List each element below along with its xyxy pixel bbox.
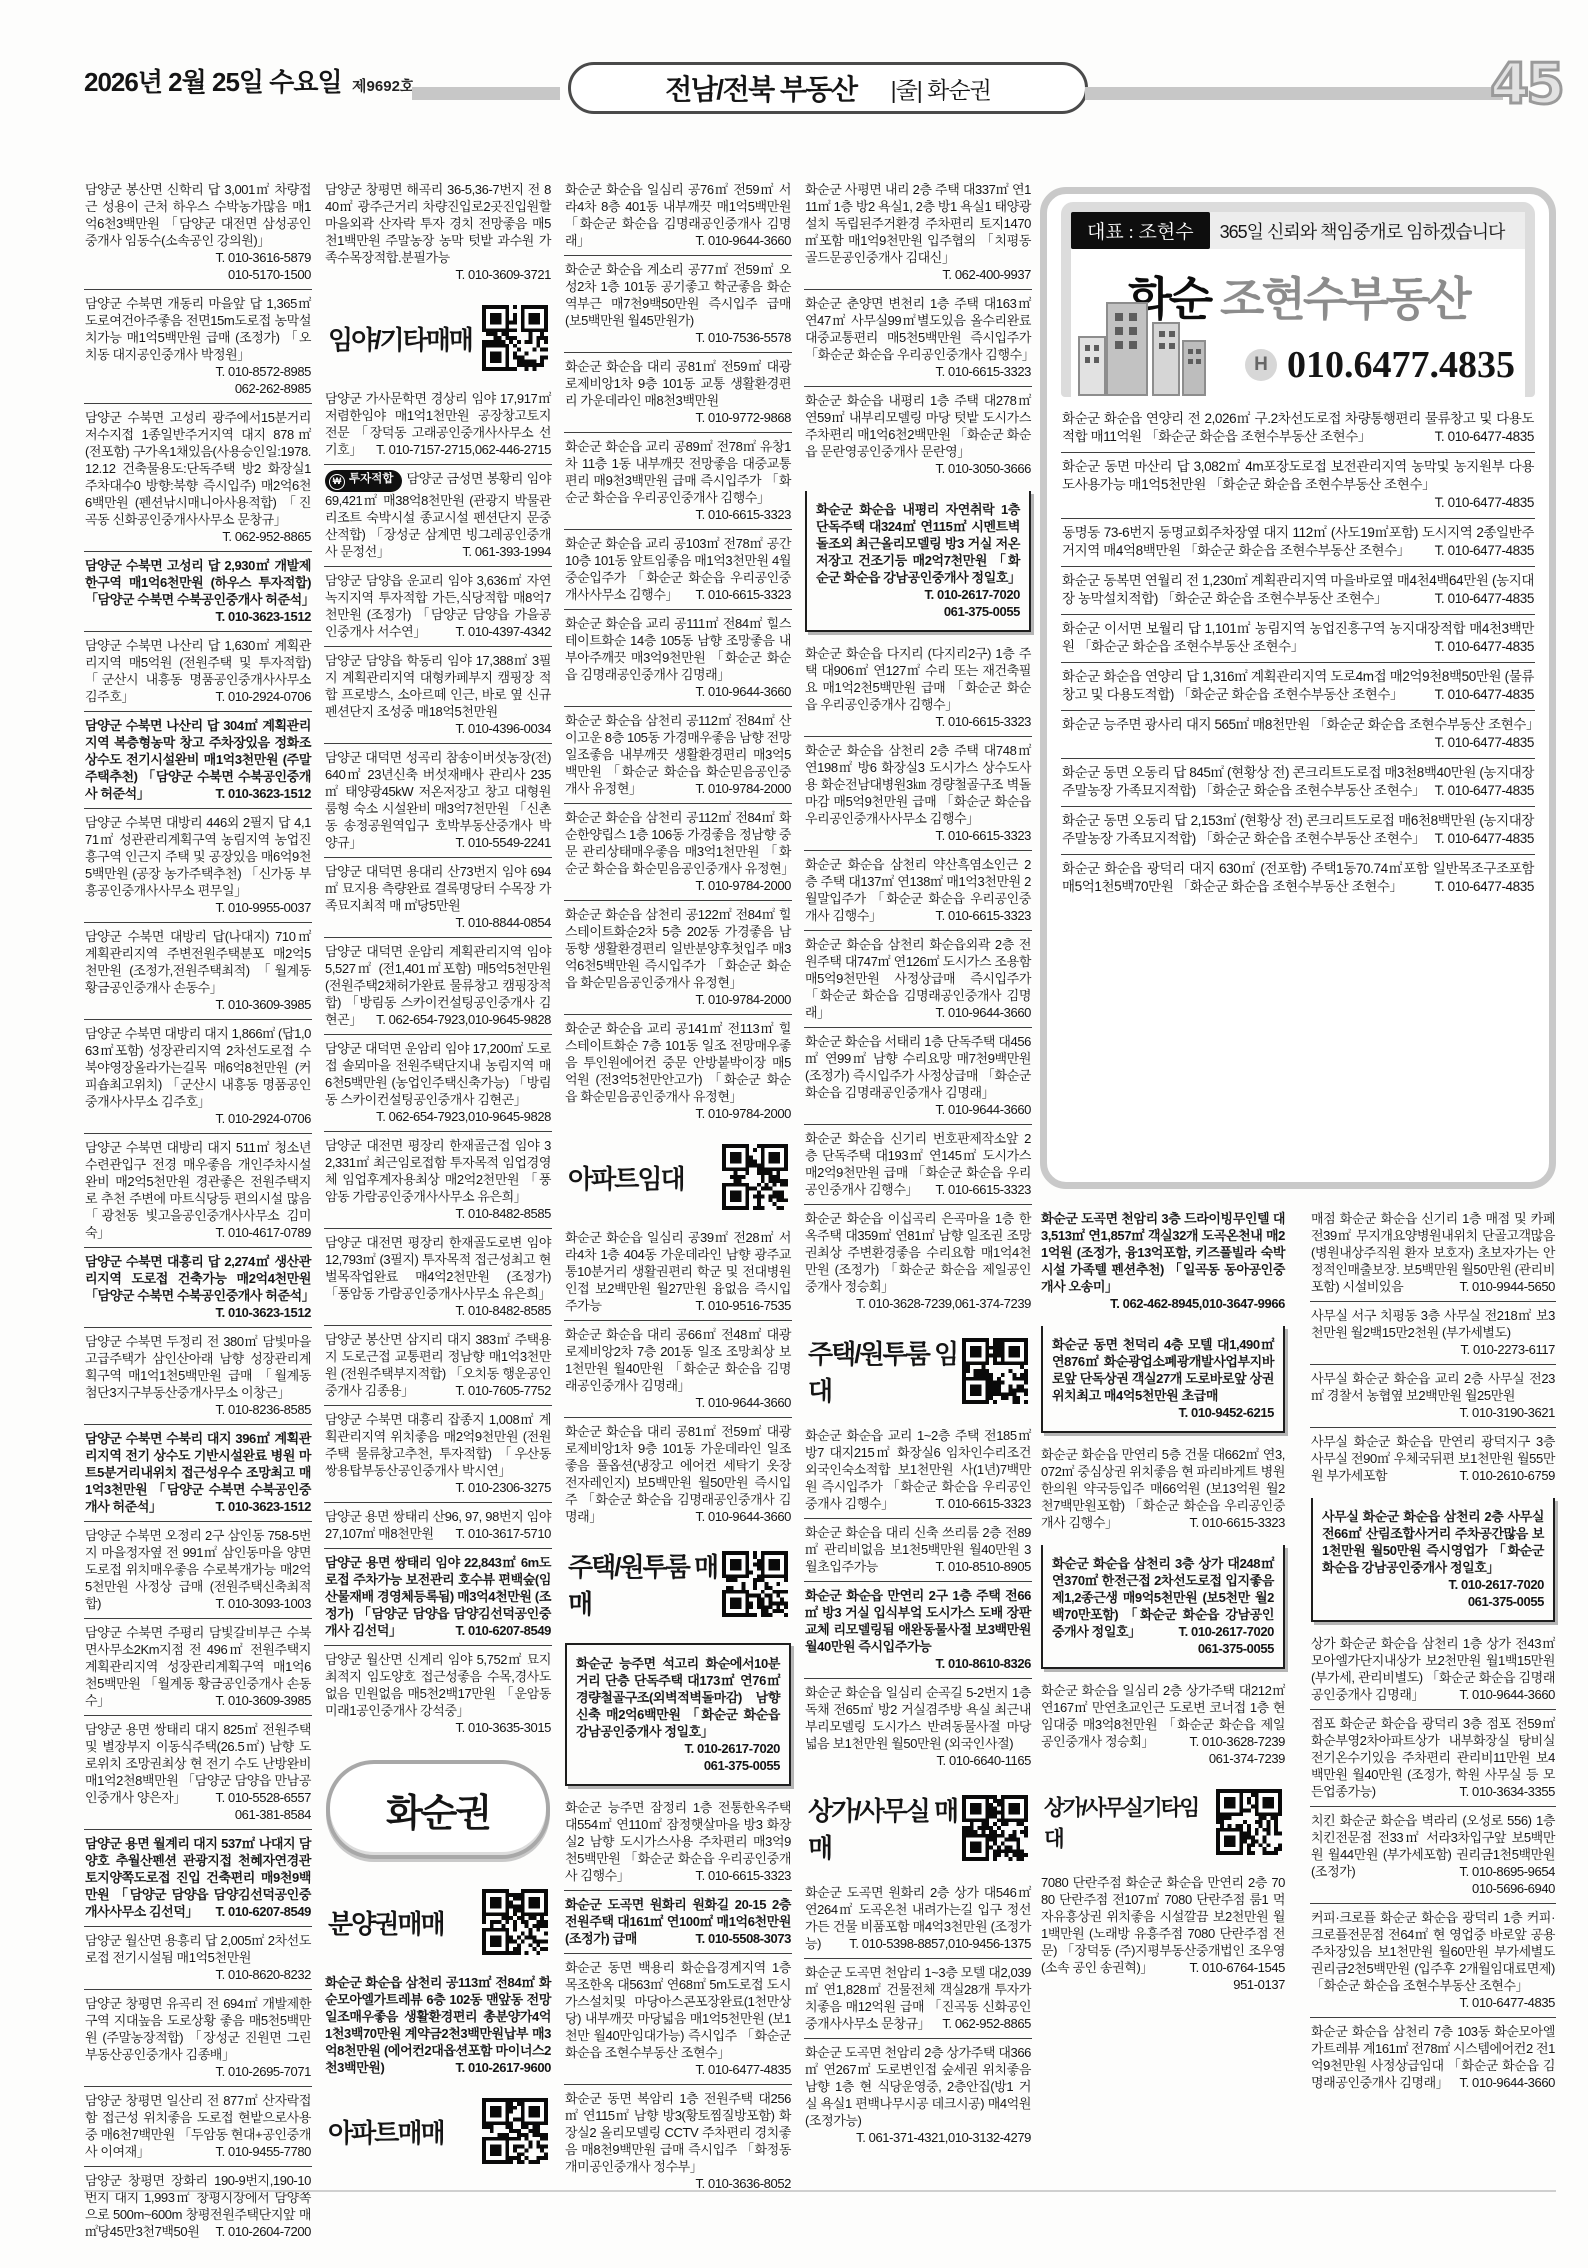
phone-number: T. 010-5528-6557 [215, 1789, 311, 1806]
listing: 화순군 화순읍 계소리 공77㎡ 전59㎡ 오성2차 1층 101동 공기좋고 … [564, 255, 792, 352]
listing: 화순군 화순읍 대리 공66㎡ 전48㎡ 대광로제비앙2차 7층 201동 일조… [564, 1320, 792, 1417]
listing-text: 화순군 화순읍 만연리 5층 건물 대662㎡ 연3,072㎡ 중심상권 위치좋… [1041, 1446, 1285, 1531]
listing-text: 화순군 도곡면 천암리 3층 드라이빙무인텔 대3,513㎡ 연1,857㎡ 객… [1041, 1210, 1285, 1295]
listing-text: 담양군 대덕면 용대리 산73번지 임야 694㎡ 묘지용 측량완료 결록명당터… [325, 863, 551, 914]
phone-number: T. 010-3616-5879 [215, 249, 311, 266]
listing: 화순군 동면 오동리 답 2,153㎡ (현황상 전) 콘크리트도로접 매6천8… [1061, 806, 1535, 854]
phone-number: T. 061-371-4321,010-3132-4279 [856, 2129, 1031, 2146]
phone-number: T. 062-400-9937 [942, 266, 1031, 283]
listing: 담양군 대덕면 용대리 산73번지 임야 694㎡ 묘지용 측량완료 결록명당터… [324, 857, 552, 937]
listing-text: 화순군 화순읍 대리 공66㎡ 전48㎡ 대광로제비앙2차 7층 201동 일조… [565, 1326, 791, 1394]
listing-body: 화순군 화순읍 대리 공81㎡ 전59㎡ 대광로제비앙1차 9층 101동 교통… [565, 359, 791, 408]
listing-text: 화순군 사평면 내리 2층 주택 대337㎡ 연111㎡ 1층 방2 욕실1, … [805, 181, 1031, 266]
phone-number: T. 010-3623-1512 [215, 785, 311, 802]
phone-number: T. 010-6477-4835 [1435, 494, 1534, 512]
listing: 화순군 화순읍 서태리 1층 단독주택 대456㎡ 연99㎡ 남향 수리요망 매… [804, 1027, 1032, 1124]
listing-body: 담양군 수북면 대방리 답(나대지) 710㎡ 계획관리지역 주변전원주택분포 … [85, 929, 311, 995]
qr-code-icon [962, 1795, 1028, 1861]
listing: 화순군 이서면 보월리 답 1,101㎡ 농림지역 농업진흥구역 농지대장적합 … [1061, 614, 1535, 662]
listing: 화순군 화순읍 삼천리 공122㎡ 전84㎡ 힐스테이트화순2차 5층 202동… [564, 900, 792, 1014]
phone-number: T. 010-8610-8326 [935, 1655, 1031, 1672]
listing: 담양군 수북면 대방리 446외 2필지 답 4,171㎡ 성관관리계획구역 농… [84, 808, 312, 922]
listing: 화순군 화순읍 교리 공103㎡ 전78㎡ 공간 10층 101동 앞트임좋음 … [564, 529, 792, 609]
phone-number: T. 010-5398-8857,010-9456-1375 [849, 1935, 1031, 1952]
listing-text: 담양군 수북면 두정리 전 380㎡ 담빛마을 고급주택가 삼인산아래 남향 성… [85, 1333, 311, 1401]
phone-number: T. 010-2604-7200 [215, 2223, 311, 2240]
phone-number: 010-5170-1500 [228, 266, 311, 283]
phone-number: T. 010-6477-4835 [695, 2061, 791, 2078]
phone-number: T. 010-6615-3323 [935, 713, 1031, 730]
issue-number: 제9692호 [352, 78, 414, 95]
phone-number: 061-375-0055 [704, 1757, 780, 1774]
listing-body: 담양군 봉산면 신학리 답 3,001㎡ 차량접근 성용이 근처 하우스 수박농… [85, 182, 311, 248]
phone-number: T. 010-9644-3660 [935, 1101, 1031, 1118]
listing-body: 화순군 동면 마산리 답 3,082㎡ 4m포장도로접 보전관리지역 농막및 농… [1062, 459, 1534, 492]
investment-badge: ₩투자적합 [325, 470, 402, 492]
listing: 7080 단란주점 화순군 화순읍 만연리 2층 7080 단란주점 전107㎡… [1040, 1869, 1286, 1999]
qr-code-icon [1216, 1789, 1282, 1855]
phone-number: T. 010-6477-4835 [1435, 542, 1534, 560]
listing: 담양군 대덕면 운암리 임야 17,200㎡ 도로접 솔뫼마을 전원주택단지내 … [324, 1034, 552, 1131]
listing: 담양군 창평면 일산리 전 877㎡ 산자락접함 접근성 위치좋음 도로접 현밭… [84, 2086, 312, 2166]
phone-number: T. 010-6615-3323 [695, 586, 791, 603]
listing-body: 화순군 사평면 내리 2층 주택 대337㎡ 연111㎡ 1층 방2 욕실1, … [805, 182, 1031, 265]
listing: 담양군 수북면 두정리 전 380㎡ 담빛마을 고급주택가 삼인산아래 남향 성… [84, 1327, 312, 1424]
phone-number: T. 010-9455-7780 [215, 2143, 311, 2160]
listing-text: 화순군 화순읍 삼천리 2층 주택 대748㎡ 연198㎡ 방6 화장실3 도시… [805, 742, 1031, 827]
listing-text: 화순군 화순읍 교리 공141㎡ 전113㎡ 힐스테이트화순 7층 101동 일… [565, 1020, 791, 1105]
listing-body: 담양군 대전면 평장리 한재골도로변 임야 12,793㎡ (3필지) 투자목적… [325, 1235, 551, 1301]
phone-number: T. 010-8482-8585 [455, 1205, 551, 1222]
phone-number: T. 010-3634-3355 [1459, 1783, 1555, 1800]
listing: 화순군 동면 마산리 답 3,082㎡ 4m포장도로접 보전관리지역 농막및 농… [1061, 452, 1535, 518]
qr-code-icon [482, 1889, 548, 1955]
listing: 담양군 용면 쌍태리 대지 825㎡ 전원주택 및 별장부지 이동식주택(26.… [84, 1715, 312, 1829]
listing-text: 화순군 동면 오동리 답 2,153㎡ (현황상 전) 콘크리트도로접 매6천8… [1062, 812, 1534, 848]
listing-text: 화순군 도곡면 원화리 2층 상가 대546㎡ 연264㎡ 도곡온천 내려가는길… [805, 1884, 1031, 1952]
phone-number: T. 010-6615-3323 [935, 907, 1031, 924]
listing: 화순군 도곡면 천암리 2층 상가주택 대366㎡ 연267㎡ 도로변인접 숲세… [804, 2038, 1032, 2152]
listing: 담양군 수북면 대흥리 잡종지 1,008㎡ 계획관리지역 위치좋음 매2억9천… [324, 1405, 552, 1502]
phone-number: T. 010-2695-7071 [215, 2063, 311, 2080]
listing: 담양군 봉산면 삼지리 대지 383㎡ 주택용지 도로근접 교통편리 정남향 매… [324, 1325, 552, 1405]
listing-text: 담양군 수북면 대방리 대지 511㎡ 청소년수련관입구 전경 매우좋음 개인주… [85, 1139, 311, 1241]
listing: 화순군 능주면 광사리 대지 565㎡ 매8천만원 「화순군 화순읍 조현수부동… [1061, 710, 1535, 758]
listing-text: 화순군 화순읍 신기리 번호판제작소앞 2층 단독주택 대193㎡ 연145㎡ … [805, 1130, 1031, 1198]
listing-text: 화순군 화순읍 일심리 공76㎡ 전59㎡ 서라4차 8층 401동 내부깨끗 … [565, 181, 791, 249]
listing-text: 화순군 화순읍 일심리 순곡길 5-2번지 1층 독채 전65㎡ 방2 거실겸주… [805, 1684, 1031, 1752]
phone-number: T. 010-6615-3323 [935, 363, 1031, 380]
listing-text: 화순군 화순읍 삼천리 공112㎡ 전84㎡ 산이고운 8층 105동 가경매우… [565, 712, 791, 797]
listing: 화순군 화순읍 대리 신축 쓰리룸 2층 전89㎡ 관리비없음 보1천5백만원 … [804, 1518, 1032, 1581]
listing: 담양군 용면 쌍태리 임야 22,843㎡ 6m도로접 주차가능 보전관리 호수… [324, 1548, 552, 1645]
section-header-house-oneroom-rent: 주택/원투룸 임대 [804, 1318, 1032, 1422]
phone-number: T. 010-2617-9600 [455, 2059, 551, 2076]
listing: 담양군 대덕면 운암리 계획관리지역 임야 5,527㎡ (전1,401㎡포함)… [324, 937, 552, 1034]
listing: 담양군 수북면 대방리 대지 1,866㎡ (답1,063㎡포함) 성장관리지역… [84, 1019, 312, 1133]
column-3: 화순군 화순읍 일심리 공76㎡ 전59㎡ 서라4차 8층 401동 내부깨끗 … [564, 176, 792, 2198]
listing: 화순군 화순읍 삼천리 약산흑염소인근 2층 주택 대137㎡ 연138㎡ 매1… [804, 850, 1032, 930]
phone-number: T. 010-2924-0706 [215, 1110, 311, 1127]
listing-text: 화순군 화순읍 만연리 2구 1층 주택 전66㎡ 방3 거실 입식부엌 도시가… [805, 1587, 1031, 1655]
listing: 화순군 화순읍 삼천리 화순읍외곽 2층 전원주택 대747㎡ 연126㎡ 도시… [804, 930, 1032, 1027]
listing-body: 화순군 화순읍 삼천리 2층 주택 대748㎡ 연198㎡ 방6 화장실3 도시… [805, 743, 1031, 826]
phone-number: T. 062-654-7923,010-9645-9828 [376, 1108, 551, 1125]
listing-text: 화순군 능주면 석고리 화순에서10분거리 단층 단독주택 대173㎡ 연76㎡… [576, 1655, 780, 1740]
phone-number: T. 010-6615-3323 [935, 827, 1031, 844]
listing-body: 화순군 화순읍 교리 공89㎡ 전78㎡ 유창1차 11층 1동 내부깨끗 전망… [565, 439, 791, 505]
listing: 담양군 수북면 수북리 대지 396㎡ 계획관리지역 전기 상수도 기반시설완료… [84, 1424, 312, 1521]
listing-text: 화순군 도곡면 천암리 2층 상가주택 대366㎡ 연267㎡ 도로변인접 숲세… [805, 2044, 1031, 2129]
phone-number: 061-381-8584 [235, 1806, 311, 1823]
phone-number: T. 010-6640-1165 [936, 1752, 1031, 1769]
listing: 담양군 대전면 평장리 한재골근접 임야 32,331㎡ 최근임로접함 투자목적… [324, 1131, 552, 1228]
listing: 치킨 화순군 화순읍 벽라리 (오성로 556) 1층 치킨전문점 전33㎡ 서… [1310, 1806, 1556, 1903]
phone-number: T. 010-9772-9868 [695, 409, 791, 426]
listing-body: 화순군 능주면 광사리 대지 565㎡ 매8천만원 「화순군 화순읍 조현수부동… [1062, 717, 1535, 732]
phone-number: T. 010-3609-3721 [455, 266, 551, 283]
listing: 화순군 화순읍 교리 공141㎡ 전113㎡ 힐스테이트화순 7층 101동 일… [564, 1014, 792, 1128]
listing-body: 담양군 수북면 고성리 답 2,930㎡ 개발제한구역 매1억6천만원 (하우스… [85, 558, 312, 607]
listing: 담양군 월산면 신계리 임야 5,752㎡ 묘지최적지 임도양호 접근성좋음 수… [324, 1645, 552, 1742]
listing-text: 화순군 화순읍 연양리 답 1,316㎡ 계획관리지역 도로4m접 매2억9천8… [1062, 668, 1534, 704]
listing-body: 화순군 화순읍 서태리 1층 단독주택 대456㎡ 연99㎡ 남향 수리요망 매… [805, 1034, 1031, 1100]
phone-number: T. 010-3623-1512 [215, 608, 311, 625]
listing: 화순군 도곡면 천암리 1~3층 모텔 대2,039㎡ 연1,828㎡ 건물전체… [804, 1958, 1032, 2038]
issue-date: 2026년 2월 25일 수요일 [84, 67, 342, 97]
listing-text: 화순군 화순읍 삼천리 화순읍외곽 2층 전원주택 대747㎡ 연126㎡ 도시… [805, 936, 1031, 1021]
listing: 사무실 화순군 화순읍 삼천리 2층 사무실 전66㎡ 산림조합사거리 주차공간… [1311, 1498, 1555, 1622]
phone-number: T. 010-8510-8905 [935, 1558, 1031, 1575]
listing-text: 담양군 월산면 신계리 임야 5,752㎡ 묘지최적지 임도양호 접근성좋음 수… [325, 1651, 551, 1719]
listing-text: 커피·크로플 화순군 화순읍 광덕리 1층 커피·크로플전문점 전64㎡ 현 영… [1311, 1909, 1555, 1994]
phone-number: T. 010-6615-3323 [695, 506, 791, 523]
phone-number: T. 010-9944-5650 [1459, 1278, 1555, 1295]
phone-number: T. 010-6477-4835 [1435, 590, 1534, 608]
phone-number: 062-262-8985 [235, 380, 311, 397]
phone-number: T. 010-2306-3275 [455, 1479, 551, 1496]
listing: 사무실 화순군 화순읍 만연리 광덕지구 3층 사무실 전90㎡ 우체국뒤편 보… [1310, 1427, 1556, 1490]
listing: 동명동 73-6번지 동명교회주차장옆 대지 112㎡ (사도19㎡포함) 도시… [1061, 518, 1535, 566]
listing-body: 화순군 화순읍 삼천리 공112㎡ 전84㎡ 화순한양립스 1층 106동 가경… [565, 810, 792, 876]
listing-body: 화순군 화순읍 내평리 1층 주택 대278㎡ 연59㎡ 내부리모델링 마당 텃… [805, 393, 1031, 459]
phone-number: T. 010-9644-3660 [695, 1508, 791, 1525]
section-label: 아파트매매 [328, 2113, 444, 2150]
section-label: 주택/원투룸 임대 [808, 1334, 962, 1408]
listing-body: 화순군 동면 백용리 화순읍경계지역 1층 목조한옥 대563㎡ 연68㎡ 5m… [565, 1960, 791, 2060]
listing-text: 담양군 창평면 유곡리 전 694㎡ 개발제한구역 지대높음 도로상황 좋음 매… [85, 1995, 311, 2063]
phone-number: T. 010-8695-9654 [1459, 1863, 1555, 1880]
phone-number: T. 010-9644-3660 [695, 232, 791, 249]
listing-text: 화순군 화순읍 대리 공81㎡ 전59㎡ 대광로제비앙1차 9층 101동 가운… [565, 1423, 791, 1525]
listing-text: 화순군 동면 백용리 화순읍경계지역 1층 목조한옥 대563㎡ 연68㎡ 5m… [565, 1959, 791, 2061]
listing: 매점 화순군 화순읍 신기리 1층 매점 및 카페 전39㎡ 무지개요양병원내위… [1310, 1205, 1556, 1301]
listing-text: 화순군 동면 오동리 답 845㎡ (현황상 전) 콘크리트도로접 매3천8백4… [1062, 764, 1534, 800]
phone-number: T. 010-3628-7239 [1189, 1733, 1285, 1750]
section-header-presale-rights-sale: 분양권매매 [324, 1873, 552, 1969]
phone-number: T. 010-9516-7535 [695, 1297, 791, 1314]
listing: 사무실 서구 치평동 3층 사무실 전218㎡ 보3천만원 월2백15만2천원 … [1310, 1301, 1556, 1364]
listing-text: 화순군 동면 천덕리 4층 모텔 대1,490㎡ 연876㎡ 화순광업소폐광개발… [1052, 1336, 1274, 1404]
listing: 점포 화순군 화순읍 광덕리 3층 점포 전59㎡ 화순부영2차아파트상가 내부… [1310, 1709, 1556, 1806]
listing: 담양군 창평면 유곡리 전 694㎡ 개발제한구역 지대높음 도로상황 좋음 매… [84, 1989, 312, 2086]
listing-text: 화순군 화순읍 교리 공103㎡ 전78㎡ 공간 10층 101동 앞트임좋음 … [565, 535, 791, 603]
listing: 화순군 능주면 잠정리 1층 전통한옥주택 대554㎡ 연110㎡ 잠정햇살마을… [564, 1794, 792, 1890]
listing: 담양군 수북면 나산리 답 1,630㎡ 계획관리지역 매5억원 (전원주택 및… [84, 631, 312, 711]
listing-text: 담양군 대덕면 운암리 임야 17,200㎡ 도로접 솔뫼마을 전원주택단지내 … [325, 1040, 551, 1108]
phone-number: T. 010-9452-6215 [1178, 1404, 1274, 1421]
listing-text: 담양군 수북면 고성리 답 2,930㎡ 개발제한구역 매1억6천만원 (하우스… [85, 557, 311, 608]
listing-text: 화순군 화순읍 다지리 (다지리2구) 1층 주택 대906㎡ 연127㎡ 수리… [805, 645, 1031, 713]
listing: 담양군 담양읍 학동리 임야 17,388㎡ 3필지 계획관리지역 대형카페부지… [324, 646, 552, 743]
listing: 화순군 화순읍 교리 공111㎡ 전84㎡ 힐스테이트화순 14층 105동 남… [564, 609, 792, 706]
listing-text: 화순군 동면 마산리 답 3,082㎡ 4m포장도로접 보전관리지역 농막및 농… [1062, 458, 1534, 494]
listing-text: 담양군 수북면 개동리 마을앞 답 1,365㎡ 도로여건아주좋음 전면15m도… [85, 295, 311, 363]
listing-text: 담양군 수북면 주평리 담빛갈비부근 수북면사무소2Km지점 전 496㎡ 전원… [85, 1624, 311, 1709]
listing-body: 화순군 화순읍 만연리 2구 1층 주택 전66㎡ 방3 거실 입식부엌 도시가… [805, 1588, 1031, 1654]
phone-number: 061-375-0055 [944, 603, 1020, 620]
listing: 화순군 화순읍 이십곡리 은곡마을 1층 한옥주택 대359㎡ 연81㎡ 남향 … [804, 1204, 1032, 1318]
listing: 담양군 대덕면 성곡리 참송이버섯농장(전) 640㎡ 23년신축 버섯재배사 … [324, 743, 552, 857]
listing-text: 담양군 용면 쌍태리 대지 825㎡ 전원주택 및 별장부지 이동식주택(26.… [85, 1721, 311, 1806]
phone-number: T. 062-462-8945,010-3647-9966 [1110, 1295, 1285, 1312]
listing-body: 화순군 동면 천덕리 4층 모텔 대1,490㎡ 연876㎡ 화순광업소폐광개발… [1052, 1337, 1274, 1403]
listing-text: 사무실 화순군 화순읍 교리 2층 사무실 전23㎡ 경찰서 농협옆 보2백만원… [1311, 1370, 1555, 1404]
phone-number: 010-5696-6940 [1472, 1880, 1555, 1897]
listing-text: 담양군 봉산면 신학리 답 3,001㎡ 차량접근 성용이 근처 하우스 수박농… [85, 181, 311, 249]
listing-text: 화순군 화순읍 삼천리 3층 상가 대248㎡ 연370㎡ 한전근접 2차선도로… [1052, 1555, 1274, 1640]
listing-text: 7080 단란주점 화순군 화순읍 만연리 2층 7080 단란주점 전107㎡… [1041, 1874, 1285, 1976]
listing: 화순군 화순읍 신기리 번호판제작소앞 2층 단독주택 대193㎡ 연145㎡ … [804, 1124, 1032, 1204]
listing-body: 담양군 수북면 대흥리 답 2,274㎡ 생산관리지역 도로접 건축가능 매2억… [85, 1254, 312, 1303]
listing-body: 화순군 화순읍 교리 공111㎡ 전84㎡ 힐스테이트화순 14층 105동 남… [565, 616, 791, 682]
listing-body: 담양군 수북면 대방리 대지 1,866㎡ (답1,063㎡포함) 성장관리지역… [85, 1026, 311, 1109]
listing-text: 화순군 화순읍 삼천리 공112㎡ 전84㎡ 화순한양립스 1층 106동 가경… [565, 809, 791, 877]
agency-slogan: 365일 신뢰와 책임중개로 임하겠습니다 [1210, 212, 1525, 249]
listing-text: 담양군 수북면 나산리 답 1,630㎡ 계획관리지역 매5억원 (전원주택 및… [85, 637, 311, 705]
listing: 화순군 화순읍 교리 공89㎡ 전78㎡ 유창1차 11층 1동 내부깨끗 전망… [564, 432, 792, 529]
masthead: 2026년 2월 25일 수요일 제9692호 전남/전북 부동산 |줄| 화순… [0, 0, 1588, 130]
listing-body: 사무실 서구 치평동 3층 사무실 전218㎡ 보3천만원 월2백15만2천원 … [1311, 1308, 1555, 1340]
listing: 담양군 수북면 개동리 마을앞 답 1,365㎡ 도로여건아주좋음 전면15m도… [84, 289, 312, 403]
listing: 담양군 수북면 주평리 담빛갈비부근 수북면사무소2Km지점 전 496㎡ 전원… [84, 1618, 312, 1715]
listing: 담양군 수북면 대방리 답(나대지) 710㎡ 계획관리지역 주변전원주택분포 … [84, 922, 312, 1019]
listing: 담양군 용면 쌍태리 산96, 97, 98번지 임야 27,107㎡ 매8천만… [324, 1502, 552, 1548]
listing-text: 화순군 화순읍 교리 공89㎡ 전78㎡ 유창1차 11층 1동 내부깨끗 전망… [565, 438, 791, 506]
listing-body: 화순군 화순읍 대리 공66㎡ 전48㎡ 대광로제비앙2차 7층 201동 일조… [565, 1327, 791, 1393]
listing-text: 담양군 용면 쌍태리 임야 22,843㎡ 6m도로접 주차가능 보전관리 호수… [325, 1554, 551, 1639]
phone-number: T. 010-6477-4835 [1435, 734, 1534, 752]
agency-rep-label: 대표 : 조현수 [1071, 212, 1210, 249]
listing: 화순군 도곡면 원화리 2층 상가 대546㎡ 연264㎡ 도곡온천 내려가는길… [804, 1879, 1032, 1958]
listing: 화순군 화순읍 다지리 (다지리2구) 1층 주택 대906㎡ 연127㎡ 수리… [804, 640, 1032, 736]
section-header-apartment-rent: 아파트임대 [564, 1128, 792, 1224]
listing: 화순군 화순읍 삼천리 2층 주택 대748㎡ 연198㎡ 방6 화장실3 도시… [804, 736, 1032, 850]
phone-number: T. 010-4617-0789 [215, 1224, 311, 1241]
listing-text: 담양군 수북면 대흥리 잡종지 1,008㎡ 계획관리지역 위치좋음 매2억9천… [325, 1411, 551, 1479]
listing-text: 담양군 수북면 나산리 답 304㎡ 계획관리지역 복층형농막 창고 주차장있음… [85, 717, 311, 802]
phone-number: T. 010-3609-3985 [215, 996, 311, 1013]
listing-text: 화순군 화순읍 교리 1~2층 주택 전185㎡ 방7 대지215㎡ 화장실6 … [805, 1427, 1031, 1512]
phone-number: T. 010-3609-3985 [215, 1692, 311, 1709]
listing-body: 담양군 담양읍 학동리 임야 17,388㎡ 3필지 계획관리지역 대형카페부지… [325, 653, 551, 719]
listing: 화순군 도곡면 원화리 원화길 20-15 2층 전원주택 대161㎡ 연100… [564, 1890, 792, 1953]
listing-text: 담양군 창평면 일산리 전 877㎡ 산자락접함 접근성 위치좋음 도로접 현밭… [85, 2092, 311, 2160]
phone-number: T. 010-8482-8585 [455, 1302, 551, 1319]
listing-text: 화순군 도곡면 천암리 1~3층 모텔 대2,039㎡ 연1,828㎡ 건물전체… [805, 1964, 1031, 2032]
listing-text: 사무실 화순군 화순읍 만연리 광덕지구 3층 사무실 전90㎡ 우체국뒤편 보… [1311, 1433, 1555, 1484]
listing: 커피·크로플 화순군 화순읍 광덕리 1층 커피·크로플전문점 전64㎡ 현 영… [1310, 1903, 1556, 2017]
listing: 화순군 화순읍 삼천리 공112㎡ 전84㎡ 산이고운 8층 105동 가경매우… [564, 706, 792, 803]
listing-text: 화순군 화순읍 삼천리 공122㎡ 전84㎡ 힐스테이트화순2차 5층 202동… [565, 906, 791, 991]
listing: 화순군 사평면 내리 2층 주택 대337㎡ 연111㎡ 1층 방2 욕실1, … [804, 176, 1032, 289]
phone-number: T. 010-4396-0034 [455, 720, 551, 737]
phone-number: T. 010-6477-4835 [1435, 428, 1534, 446]
phone-number: T. 010-9644-3660 [935, 1004, 1031, 1021]
listing: 화순군 동면 복암리 1층 전원주택 대256㎡ 연115㎡ 남향 방3(황토찜… [564, 2084, 792, 2198]
qr-code-icon [722, 1144, 788, 1210]
listing: 화순군 화순읍 만연리 2구 1층 주택 전66㎡ 방3 거실 입식부엌 도시가… [804, 1581, 1032, 1678]
listing: 담양군 수북면 대흥리 답 2,274㎡ 생산관리지역 도로접 건축가능 매2억… [84, 1247, 312, 1327]
listing-text: 담양군 대전면 평장리 한재골근접 임야 32,331㎡ 최근임로접함 투자목적… [325, 1137, 551, 1205]
phone-number: T. 010-5508-3073 [695, 1930, 791, 1947]
listing-text: 화순군 능주면 잠정리 1층 전통한옥주택 대554㎡ 연110㎡ 잠정햇살마을… [565, 1799, 791, 1884]
phone-number: T. 010-6615-3323 [935, 1181, 1031, 1198]
listing-text: 담양군 가사문학면 경상리 임야 17,917㎡ 저렴한임야 매1억1천만원 공… [325, 390, 551, 458]
listing-body: 화순군 도곡면 천암리 2층 상가주택 대366㎡ 연267㎡ 도로변인접 숲세… [805, 2045, 1031, 2128]
phone-number: T. 010-6477-4835 [1435, 686, 1534, 704]
listing: 화순군 동면 오동리 답 845㎡ (현황상 전) 콘크리트도로접 매3천8백4… [1061, 758, 1535, 806]
listing: 화순군 화순읍 삼천리 공113㎡ 전84㎡ 화순모아엘가트레뷰 6층 102동… [324, 1969, 552, 2082]
listing-text: 동명동 73-6번지 동명교회주차장옆 대지 112㎡ (사도19㎡포함) 도시… [1062, 524, 1534, 560]
phone-number: 951-0137 [1233, 1976, 1285, 1993]
listing-text: 사무실 서구 치평동 3층 사무실 전218㎡ 보3천만원 월2백15만2천원 … [1311, 1307, 1555, 1341]
phone-number: T. 010-6615-3323 [1189, 1514, 1285, 1531]
listing: 담양군 용면 월계리 대지 537㎡ 나대지 담양호 추월산펜션 관광지접 천혜… [84, 1829, 312, 1926]
listing: 담양군 수북면 대방리 대지 511㎡ 청소년수련관입구 전경 매우좋음 개인주… [84, 1133, 312, 1247]
phone-number: T. 062-654-7923,010-9645-9828 [376, 1011, 551, 1028]
listing-text: ₩투자적합담양군 금성면 봉황리 임야 69,421㎡ 매38억8천만원 (관광… [325, 470, 551, 560]
listing: 담양군 월산면 용흥리 답 2,005㎡ 2차선도로접 전기시설됨 매1억5천만… [84, 1926, 312, 1989]
listing-text: 화순군 화순읍 연양리 전 2,026㎡ 구.2차선도로접 차량통행편리 물류창… [1062, 410, 1534, 446]
agency-listings: 화순군 화순읍 연양리 전 2,026㎡ 구.2차선도로접 차량통행편리 물류창… [1061, 405, 1535, 902]
listing-text: 화순군 동면 복암리 1층 전원주택 대256㎡ 연115㎡ 남향 방3(황토찜… [565, 2090, 791, 2175]
section-label: 주택/원투룸 매매 [568, 1547, 722, 1621]
listing: 화순군 능주면 석고리 화순에서10분거리 단층 단독주택 대173㎡ 연76㎡… [565, 1643, 791, 1786]
phone-number: T. 010-8236-8585 [215, 1401, 311, 1418]
listing-body: 담양군 대덕면 운암리 임야 17,200㎡ 도로접 솔뫼마을 전원주택단지내 … [325, 1041, 551, 1107]
listing-text: 담양군 담양읍 학동리 임야 17,388㎡ 3필지 계획관리지역 대형카페부지… [325, 652, 551, 720]
listing: 화순군 화순읍 일심리 순곡길 5-2번지 1층 독채 전65㎡ 방2 거실겸주… [804, 1678, 1032, 1775]
agency-ad-box: 대표 : 조현수 365일 신뢰와 책임중개로 임하겠습니다 화순 조현수부동산… [1040, 187, 1556, 1189]
listing: 담양군 수북면 고성리 답 2,930㎡ 개발제한구역 매1억6천만원 (하우스… [84, 551, 312, 631]
phone-number: T. 010-8572-8985 [215, 363, 311, 380]
won-icon: ₩ [329, 474, 345, 490]
listing: 담양군 봉산면 신학리 답 3,001㎡ 차량접근 성용이 근처 하우스 수박농… [84, 176, 312, 289]
listing-body: 담양군 수북면 두정리 전 380㎡ 담빛마을 고급주택가 삼인산아래 남향 성… [85, 1334, 311, 1400]
column-5: 화순군 도곡면 천암리 3층 드라이빙무인텔 대3,513㎡ 연1,857㎡ 객… [1040, 1205, 1286, 1999]
section-label: 분양권매매 [328, 1904, 444, 1941]
listing: 담양군 수북면 나산리 답 304㎡ 계획관리지역 복층형농막 창고 주차장있음… [84, 711, 312, 808]
phone-number: T. 010-7605-7752 [455, 1382, 551, 1399]
phone-number: T. 062-952-8865 [942, 2015, 1031, 2032]
phone-number: T. 010-3617-5710 [455, 1525, 551, 1542]
phone-number: T. 010-3190-3621 [1459, 1404, 1555, 1421]
listing-text: 화순군 이서면 보월리 답 1,101㎡ 농림지역 농업진흥구역 농지대장적합 … [1062, 620, 1534, 656]
listing-text: 담양군 수북면 대방리 답(나대지) 710㎡ 계획관리지역 주변전원주택분포 … [85, 928, 311, 996]
region-pill-hwasun-region: 화순권 [326, 1760, 550, 1859]
phone-number: T. 061-393-1994 [462, 543, 551, 560]
phone-number: T. 010-2924-0706 [215, 688, 311, 705]
listing-text: 화순군 화순읍 삼천리 약산흑염소인근 2층 주택 대137㎡ 연138㎡ 매1… [805, 856, 1031, 924]
phone-number: T. 010-7536-5578 [695, 329, 791, 346]
listing-body: 화순군 동면 복암리 1층 전원주택 대256㎡ 연115㎡ 남향 방3(황토찜… [565, 2091, 791, 2174]
phone-number: T. 010-6477-4835 [1459, 1994, 1555, 2011]
listing-body: 화순군 화순읍 교리 공141㎡ 전113㎡ 힐스테이트화순 7층 101동 일… [565, 1021, 791, 1104]
listing: 상가 화순군 화순읍 삼천리 1층 상가 전43㎡ 모아엘가단지내상가 보2천만… [1310, 1630, 1556, 1709]
phone-number: T. 010-2617-7020 [1448, 1576, 1544, 1593]
listing-text: 담양군 대덕면 운암리 계획관리지역 임야 5,527㎡ (전1,401㎡포함)… [325, 943, 551, 1028]
phone-number: T. 010-9644-3660 [695, 1394, 791, 1411]
phone-number: 061-374-7239 [1209, 1750, 1285, 1767]
section-label: 상가/사무실 매매 [808, 1791, 962, 1865]
phone-number: T. 010-6615-3323 [695, 1867, 791, 1884]
listing-text: 담양군 수북면 대방리 대지 1,866㎡ (답1,063㎡포함) 성장관리지역… [85, 1025, 311, 1110]
listing-text: 화순군 화순읍 교리 공111㎡ 전84㎡ 힐스테이트화순 14층 105동 남… [565, 615, 791, 683]
page-number: 45 [1490, 52, 1562, 117]
phone-number: T. 010-6477-4835 [1435, 878, 1534, 896]
phone-number: T. 010-2617-7020 [924, 586, 1020, 603]
page-bottom-rule [84, 2190, 1556, 2192]
listing-body: 화순군 화순읍 다지리 (다지리2구) 1층 주택 대906㎡ 연127㎡ 수리… [805, 646, 1031, 712]
phone-number: T. 010-6615-3323 [935, 1495, 1031, 1512]
listing-text: 치킨 화순군 화순읍 벽라리 (오성로 556) 1층 치킨전문점 전33㎡ 서… [1311, 1812, 1555, 1880]
listing-body: 담양군 대전면 평장리 한재골근접 임야 32,331㎡ 최근임로접함 투자목적… [325, 1138, 551, 1204]
listing-text: 화순군 화순읍 일심리 공39㎡ 전28㎡ 서라4차 1층 404동 가운데라인… [565, 1229, 791, 1314]
phone-number: T. 010-5549-2241 [455, 834, 551, 851]
listing: 담양군 담양읍 운교리 임야 3,636㎡ 자연녹지지역 투자적합 가든,식당적… [324, 566, 552, 646]
listing-text: 화순군 화순읍 대리 공81㎡ 전59㎡ 대광로제비앙1차 9층 101동 교통… [565, 358, 791, 409]
phone-number: T. 010-7157-2715,062-446-2715 [376, 441, 551, 458]
listing-text: 담양군 대덕면 성곡리 참송이버섯농장(전) 640㎡ 23년신축 버섯재배사 … [325, 749, 551, 851]
listing-text: 담양군 수북면 대방리 446외 2필지 답 4,171㎡ 성관관리계획구역 농… [85, 814, 311, 899]
listing-text: 화순군 춘양면 변천리 1층 주택 대163㎡ 연47㎡ 사무실99㎡별도있음 … [805, 295, 1031, 363]
listing-text: 담양군 창평면 장화리 190-9번지,190-10번지 대지 1,993㎡ 창… [85, 2172, 311, 2240]
listing: 담양군 창평면 해곡리 36-5,36-7번지 전 840㎡ 광주근거리 차량진… [324, 176, 552, 289]
listing: 화순군 화순읍 삼천리 7층 103동 화순모아엘가트레뷰 계161㎡ 전78㎡… [1310, 2017, 1556, 2097]
listing: 화순군 화순읍 연양리 전 2,026㎡ 구.2차선도로접 차량통행편리 물류창… [1061, 405, 1535, 452]
section-label: 아파트임대 [568, 1159, 684, 1196]
agency-title-name: 조현수부동산 [1220, 273, 1469, 325]
listing-text: 점포 화순군 화순읍 광덕리 3층 점포 전59㎡ 화순부영2차아파트상가 내부… [1311, 1715, 1555, 1800]
phone-number: T. 010-6477-4835 [1435, 638, 1534, 656]
listing-body: 화순군 도곡면 천암리 3층 드라이빙무인텔 대3,513㎡ 연1,857㎡ 객… [1041, 1211, 1285, 1294]
listing-text: 담양군 수북면 대흥리 답 2,274㎡ 생산관리지역 도로접 건축가능 매2억… [85, 1253, 311, 1304]
phone-number: T. 010-3635-3015 [455, 1719, 551, 1736]
listing: 화순군 화순읍 내평리 1층 주택 대278㎡ 연59㎡ 내부리모델링 마당 텃… [804, 386, 1032, 483]
listing-text: 담양군 수북면 고성리 광주에서15분거리 저수지접 1종일반주거지역 대지 8… [85, 409, 311, 528]
listing: 화순군 화순읍 일심리 공76㎡ 전59㎡ 서라4차 8층 401동 내부깨끗 … [564, 176, 792, 255]
listing: 화순군 화순읍 광덕리 대지 630㎡ (전포함) 주택1동70.74㎡포함 일… [1061, 854, 1535, 902]
listing: 화순군 화순읍 일심리 공39㎡ 전28㎡ 서라4차 1층 404동 가운데라인… [564, 1224, 792, 1320]
listing-body: 화순군 춘양면 변천리 1층 주택 대163㎡ 연47㎡ 사무실99㎡별도있음 … [805, 296, 1032, 362]
listing-text: 담양군 용면 월계리 대지 537㎡ 나대지 담양호 추월산펜션 관광지접 천혜… [85, 1835, 311, 1920]
section-header-land-etc-sale: 임야/기타매매 [324, 289, 552, 385]
listing-text: 담양군 대전면 평장리 한재골도로변 임야 12,793㎡ (3필지) 투자목적… [325, 1234, 551, 1302]
listing-text: 담양군 월산면 용흥리 답 2,005㎡ 2차선도로접 전기시설됨 매1억5천만… [85, 1932, 311, 1966]
phone-number: 061-375-0055 [1468, 1593, 1544, 1610]
page-title: 전남/전북 부동산 [665, 68, 856, 108]
